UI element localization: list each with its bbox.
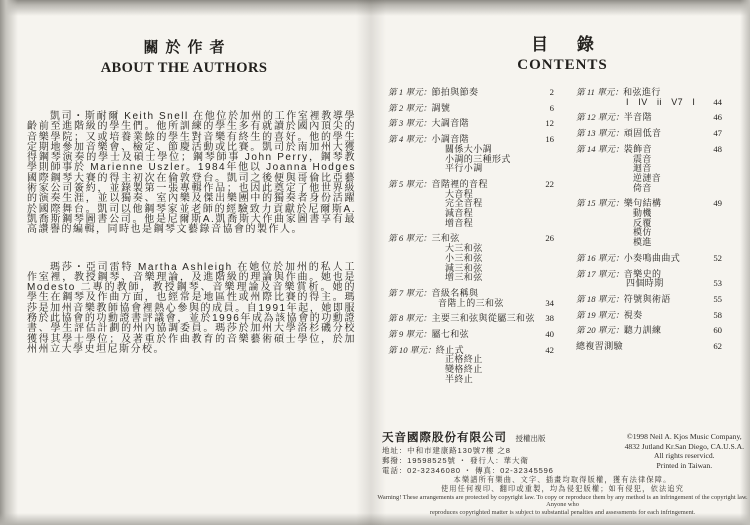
toc-entry: 第 12 單元：半音階46: [576, 113, 722, 123]
toc-unit-label: 第 11 單元：: [576, 88, 623, 98]
toc-entry-line: 第 18 單元：符號與術語55: [576, 295, 722, 305]
toc-page-number: 34: [541, 299, 554, 309]
toc-entry: 第 14 單元：裝飾音48震音迴音逆漣音倚音: [576, 145, 722, 194]
toc-page-number: 62: [709, 342, 722, 352]
toc-entry: 第 4 單元：小調音階16關係大小調小調的三種形式平行小調: [388, 135, 554, 174]
page-about-authors: 關於作者 ABOUT THE AUTHORS 凱司・斯耐爾 Keith Snel…: [0, 0, 368, 525]
toc-entry: 總複習測驗62: [576, 342, 722, 352]
toc-entry: 第 16 單元：小奏鳴曲曲式52: [576, 254, 722, 264]
toc-page-number: 48: [709, 145, 722, 155]
toc-entry-line: 第 1 單元：節拍與節奏2: [388, 88, 554, 98]
toc-entry-title: 聽力訓練: [624, 326, 662, 336]
toc-entry-line: 第 2 單元：調號6: [388, 104, 554, 114]
toc-column-right: 第 11 單元：和弦進行I IV ii V7 I44第 12 單元：半音階46第…: [576, 88, 722, 391]
toc-page-number: 46: [709, 113, 722, 123]
warning-en-line-1: Warning! These arrangements are protecte…: [375, 494, 750, 510]
toc-entry-title-2: I IV ii V7 I: [626, 98, 695, 108]
copyright-line-4: Printed in Taiwan.: [625, 461, 744, 471]
toc-page-number: 16: [541, 135, 554, 145]
publisher-license-tag: 授權出版: [515, 434, 545, 443]
toc-entry: 第 19 單元：視奏58: [576, 311, 722, 321]
page-contents: 目 錄 CONTENTS 第 1 單元：節拍與節奏2第 2 單元：調號6第 3 …: [375, 0, 750, 525]
toc-entry: 第 5 單元：音階裡的音程22大音程完全音程減音程增音程: [388, 180, 554, 229]
toc-unit-label: 第 13 單元：: [576, 129, 624, 139]
toc-entry: 第 11 單元：和弦進行I IV ii V7 I44: [576, 88, 722, 107]
toc-entry: 第 10 單元：終止式42正格終止變格終止半終止: [388, 346, 554, 385]
toc-unit-label: 第 5 單元：: [388, 180, 431, 190]
copyright-block: ©1998 Neil A. Kjos Music Company, 4832 J…: [625, 432, 744, 470]
toc-entry: 第 6 單元：三和弦26大三和弦小三和弦減三和弦增三和弦: [388, 234, 554, 283]
toc-page-number: 60: [709, 326, 722, 336]
contents-title-zh: 目 錄: [375, 30, 750, 55]
toc-sub-item: 增音程: [388, 219, 554, 229]
publisher-postal: 郵撥：19598525號 ・ 發行人：華大衛: [382, 456, 554, 466]
contents-heading: 目 錄 CONTENTS: [375, 30, 750, 74]
toc-unit-label: 第 14 單元：: [576, 145, 624, 155]
copyright-warning: 本樂譜所有樂曲、文字、插畫均取得版權，獲有法律保障。 使用任何複印、翻印或重製，…: [375, 476, 750, 517]
toc-entry-line: 第 16 單元：小奏鳴曲曲式52: [576, 254, 722, 264]
toc-entry: 第 1 單元：節拍與節奏2: [388, 88, 554, 98]
toc-sub-item: 平行小調: [388, 164, 554, 174]
publisher-name: 天音國際股份有限公司: [382, 432, 507, 444]
toc-column-left: 第 1 單元：節拍與節奏2第 2 單元：調號6第 3 單元：大調音階12第 4 …: [388, 88, 554, 391]
toc-entry: 第 17 單元：音樂史的四個時期53: [576, 270, 722, 289]
toc-page-number: 49: [709, 199, 722, 209]
toc-unit-label: 第 12 單元：: [576, 113, 624, 123]
toc-entry-line: 第 20 單元：聽力訓練60: [576, 326, 722, 336]
toc-entry: 第 7 單元：音級名稱與音階上的三和弦34: [388, 289, 554, 308]
about-authors-heading: 關於作者 ABOUT THE AUTHORS: [0, 36, 368, 77]
toc-unit-label: 第 3 單元：: [388, 119, 431, 129]
toc-page-number: 22: [541, 180, 554, 190]
toc-page-number: 26: [541, 234, 554, 244]
toc-entry-title: 頑固低音: [624, 129, 662, 139]
toc-unit-label: 第 17 單元：: [576, 270, 624, 280]
toc-unit-label: 第 20 單元：: [576, 326, 624, 336]
toc-sub-item: 模進: [576, 238, 722, 248]
toc-entry: 第 13 單元：頑固低音47: [576, 129, 722, 139]
toc-unit-label: 第 19 單元：: [576, 311, 624, 321]
imprint-row: 天音國際股份有限公司 授權出版 地址：中和市建康路130號7樓 之8 郵撥：19…: [382, 428, 746, 476]
toc-unit-label: 第 16 單元：: [576, 254, 624, 264]
copyright-line-3: All rights reservicd.: [625, 451, 744, 461]
toc-page-number: 58: [709, 311, 722, 321]
toc-entry-title-2: 四個時期: [626, 279, 664, 289]
toc-sub-item: 增三和弦: [388, 273, 554, 283]
about-authors-body: 凱司・斯耐爾 Keith Snell 在他位於加州的工作室裡教導學齡前至進階級的…: [0, 112, 368, 355]
toc-sub-item: 倚音: [576, 184, 722, 194]
toc-entry-line: 總複習測驗62: [576, 342, 722, 352]
toc-entry-title: 調號: [431, 104, 450, 114]
table-of-contents: 第 1 單元：節拍與節奏2第 2 單元：調號6第 3 單元：大調音階12第 4 …: [375, 88, 750, 391]
toc-entry-title: 節拍與節奏: [431, 88, 478, 98]
about-authors-title-zh: 關於作者: [0, 36, 368, 57]
toc-entry-title-2: 音階上的三和弦: [438, 299, 504, 309]
toc-page-number: 55: [709, 295, 722, 305]
toc-unit-label: 第 18 單元：: [576, 295, 624, 305]
publisher-block: 天音國際股份有限公司 授權出版 地址：中和市建康路130號7樓 之8 郵撥：19…: [382, 428, 554, 476]
warning-en-line-2: reproduces copyrighted matter is subject…: [375, 509, 750, 517]
toc-entry-line: 第 19 單元：視奏58: [576, 311, 722, 321]
toc-page-number: 52: [709, 254, 722, 264]
toc-unit-label: 第 6 單元：: [388, 234, 431, 244]
toc-entry-line-2: I IV ii V7 I44: [576, 98, 722, 108]
toc-unit-label: 第 7 單元：: [388, 289, 431, 299]
toc-entry-line: 第 3 單元：大調音階12: [388, 119, 554, 129]
toc-entry: 第 18 單元：符號與術語55: [576, 295, 722, 305]
author-bio-martha-ashleigh: 瑪莎・亞司雷特 Martha Ashleigh 在她位於加州的私人工作室裡，教授…: [27, 263, 356, 356]
toc-page-number: 47: [709, 129, 722, 139]
publisher-address: 地址：中和市建康路130號7樓 之8: [382, 446, 554, 456]
book-spread-scan: 關於作者 ABOUT THE AUTHORS 凱司・斯耐爾 Keith Snel…: [0, 0, 750, 525]
about-authors-title-en: ABOUT THE AUTHORS: [0, 60, 368, 77]
toc-page-number: 38: [541, 314, 554, 324]
toc-entry-title: 符號與術語: [624, 295, 671, 305]
copyright-line-1: ©1998 Neil A. Kjos Music Company,: [625, 432, 744, 442]
toc-page-number: 6: [546, 104, 554, 114]
toc-unit-label: 第 9 單元：: [388, 330, 431, 340]
contents-title-en: CONTENTS: [375, 57, 750, 74]
toc-unit-label: 第 2 單元：: [388, 104, 431, 114]
toc-entry-line: 第 13 單元：頑固低音47: [576, 129, 722, 139]
toc-entry: 第 3 單元：大調音階12: [388, 119, 554, 129]
toc-unit-label: 第 10 單元：: [388, 346, 436, 356]
toc-entry: 第 15 單元：樂句結構49動機反覆模仿模進: [576, 199, 722, 248]
toc-entry-line-2: 四個時期53: [576, 279, 722, 289]
toc-unit-label: 第 8 單元：: [388, 314, 431, 324]
warning-zh-line-2: 使用任何複印、翻印或重製，均為侵犯版權；如有侵犯，依法追究: [375, 485, 750, 494]
toc-entry-line: 第 9 單元：屬七和弦40: [388, 330, 554, 340]
toc-page-number: 53: [709, 279, 722, 289]
toc-page-number: 44: [709, 98, 722, 108]
toc-page-number: 40: [541, 330, 554, 340]
toc-entry-line: 第 8 單元：主要三和弦與從屬三和弦38: [388, 314, 554, 324]
toc-unit-label: 第 15 單元：: [576, 199, 624, 209]
toc-entry-title: 小奏鳴曲曲式: [624, 254, 680, 264]
toc-entry-line-2: 音階上的三和弦34: [388, 299, 554, 309]
toc-page-number: 42: [541, 346, 554, 356]
toc-entry: 第 20 單元：聽力訓練60: [576, 326, 722, 336]
publisher-name-line: 天音國際股份有限公司 授權出版: [382, 428, 554, 446]
copyright-line-2: 4832 Jutland Kr.San Diego, CA.U.S.A.: [625, 442, 744, 452]
toc-unit-label: 第 1 單元：: [388, 88, 431, 98]
toc-entry-title: 半音階: [624, 113, 652, 123]
toc-unit-label: 第 4 單元：: [388, 135, 431, 145]
toc-entry: 第 9 單元：屬七和弦40: [388, 330, 554, 340]
toc-entry-line: 第 12 單元：半音階46: [576, 113, 722, 123]
toc-entry: 第 2 單元：調號6: [388, 104, 554, 114]
toc-entry-title: 屬七和弦: [431, 330, 469, 340]
toc-sub-item: 半終止: [388, 375, 554, 385]
toc-entry-title: 主要三和弦與從屬三和弦: [431, 314, 534, 324]
toc-entry: 第 8 單元：主要三和弦與從屬三和弦38: [388, 314, 554, 324]
toc-entry-title: 總複習測驗: [576, 342, 623, 352]
toc-entry-title: 視奏: [624, 311, 643, 321]
toc-page-number: 2: [546, 88, 554, 98]
toc-page-number: 12: [541, 119, 554, 129]
author-bio-keith-snell: 凱司・斯耐爾 Keith Snell 在他位於加州的工作室裡教導學齡前至進階級的…: [27, 112, 356, 236]
toc-entry-title: 大調音階: [431, 119, 469, 129]
